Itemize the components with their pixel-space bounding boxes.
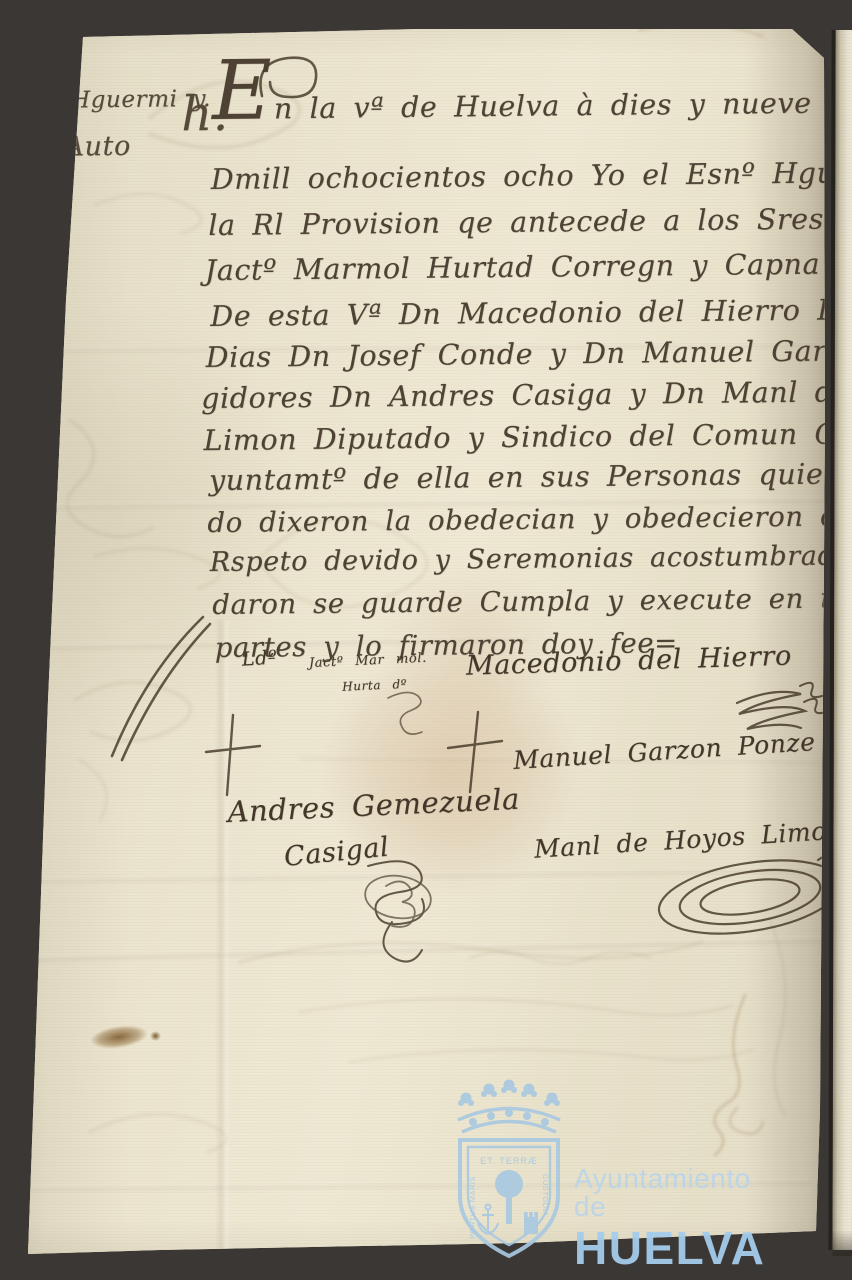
crest-motto-right: CUSTODIA xyxy=(541,1174,550,1217)
gutter-shadow xyxy=(0,0,852,1280)
crest-motto-top: ET. TERRÆ xyxy=(480,1156,538,1166)
crest-motto-left: PORTUS MARIS xyxy=(468,1176,477,1239)
manuscript-page: Hguermi y. Auto h. En la vª de Huelva à … xyxy=(0,0,852,1280)
watermark-city-name: HUELVA xyxy=(574,1225,765,1271)
crown xyxy=(458,1080,560,1107)
anchor xyxy=(478,1205,498,1235)
scanned-manuscript-photo: Hguermi y. Auto h. En la vª de Huelva à … xyxy=(0,0,852,1280)
huelva-crest-icon: ET. TERRÆ PORTUS MARIS CUSTODIA xyxy=(450,1076,568,1260)
adjacent-page-edge xyxy=(828,30,852,1250)
castle-tower xyxy=(524,1212,538,1234)
watermark-wordmark: Ayuntamiento de HUELVA xyxy=(574,1165,765,1271)
watermark-org-name: Ayuntamiento de xyxy=(574,1165,765,1221)
tree xyxy=(495,1170,523,1224)
